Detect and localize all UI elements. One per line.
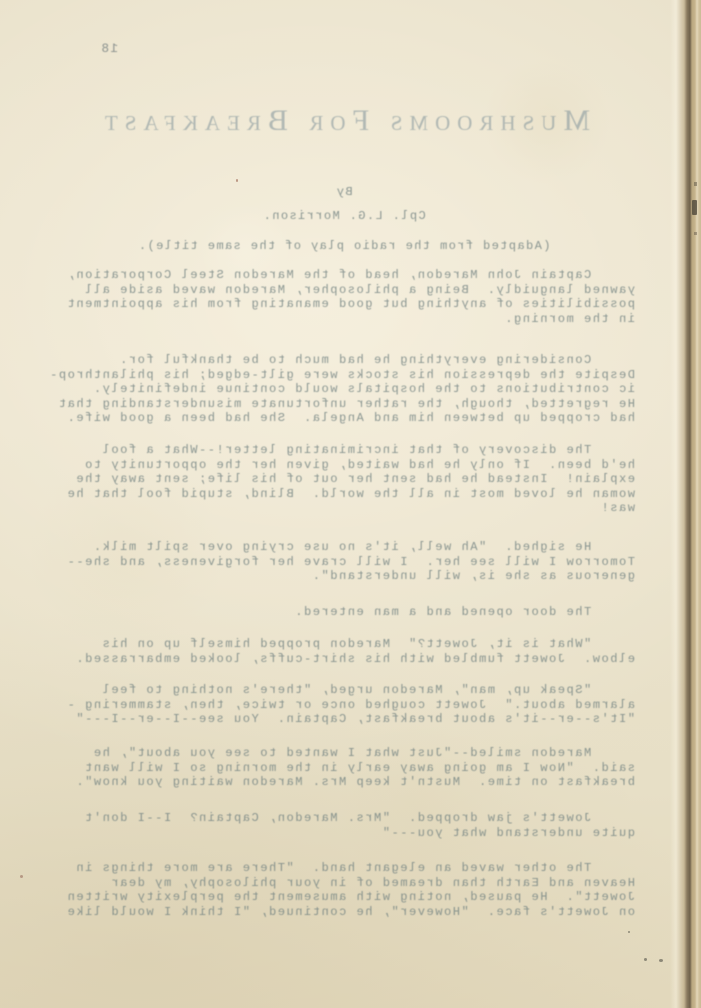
paragraph: The discovery of that incriminating lett…	[66, 443, 635, 516]
text-line: Jowett". He paused, noting with amusemen…	[66, 890, 635, 905]
paragraph: "What is it, Jowett?" Maredon propped hi…	[75, 637, 635, 666]
text-line: was!	[66, 501, 635, 516]
paragraph: The door opened and a man entered.	[294, 605, 635, 620]
text-line: Despite the depression his stocks were g…	[49, 368, 635, 383]
paragraph: He sighed. "Ah well, it's no use crying …	[66, 540, 635, 584]
text-line: "It's--er--it's about breakfast, Captain…	[66, 712, 635, 727]
text-line: had cropped up between him and Angela. S…	[49, 411, 635, 426]
ink-speck	[20, 875, 23, 878]
text-line: explain! Instead he had sent her out of …	[66, 472, 635, 487]
text-line: elbow. Jowett fumbled with his shirt-cuf…	[75, 652, 635, 667]
edge-ink-mark	[692, 200, 697, 215]
edge-speck	[694, 232, 697, 235]
text-line: woman he loved most in all the world. Bl…	[66, 487, 635, 502]
text-line: Maredon smiled--"Just what I wanted to s…	[75, 746, 635, 761]
text-line: Captain John Maredon, head of the Maredo…	[66, 268, 635, 283]
paragraph: The other waved an elegant hand. "There …	[66, 861, 635, 919]
body-text: Captain John Maredon, head of the Maredo…	[35, 0, 635, 1008]
text-line: He regretted, though, the rather unfortu…	[49, 397, 635, 412]
text-line: The door opened and a man entered.	[294, 605, 635, 620]
text-line: He sighed. "Ah well, it's no use crying …	[66, 540, 635, 555]
text-line: said. "Now I am going away early in the …	[75, 761, 635, 776]
text-line: alarmed about." Jowett coughed once or t…	[66, 698, 635, 713]
text-line: he'd been. If only he had waited, given …	[66, 458, 635, 473]
text-line: "Speak up, man", Maredon urged, "there's…	[66, 683, 635, 698]
paragraph: Captain John Maredon, head of the Maredo…	[66, 268, 635, 326]
text-line: ic contributions to the hospitals would …	[49, 382, 635, 397]
text-line: "What is it, Jowett?" Maredon propped hi…	[75, 637, 635, 652]
text-line: The discovery of that incriminating lett…	[66, 443, 635, 458]
text-line: The other waved an elegant hand. "There …	[66, 861, 635, 876]
text-line: possibilities of anything but good emana…	[66, 297, 635, 312]
edge-speck	[694, 182, 697, 186]
text-line: in the morning.	[66, 312, 635, 327]
text-line: breakfast on time. Mustn't keep Mrs. Mar…	[75, 775, 635, 790]
paragraph: "Speak up, man", Maredon urged, "there's…	[66, 683, 635, 727]
text-line: generous as she is, will understand".	[66, 569, 635, 584]
ink-speck	[236, 179, 238, 182]
scanned-page: 18 Mushrooms For Breakfast By Cpl. L.G. …	[0, 0, 701, 1008]
ink-speck	[628, 931, 630, 933]
text-line: Considering everything he had much to be…	[49, 353, 635, 368]
paragraph: Maredon smiled--"Just what I wanted to s…	[75, 746, 635, 790]
ink-speck	[644, 958, 647, 961]
paragraph: Considering everything he had much to be…	[49, 353, 635, 426]
text-line: Heaven and Earth than dreamed of in your…	[66, 876, 635, 891]
text-line: quite understand what you---"	[84, 826, 635, 841]
text-line: on Jowett's face. "However", he continue…	[66, 905, 635, 920]
text-line: Jowett's jaw dropped. "Mrs. Maredon, Cap…	[84, 811, 635, 826]
mirrored-bleedthrough-content: 18 Mushrooms For Breakfast By Cpl. L.G. …	[0, 0, 701, 1008]
ink-speck	[659, 959, 663, 962]
paragraph: Jowett's jaw dropped. "Mrs. Maredon, Cap…	[84, 811, 635, 840]
text-line: Tomorrow I will see her. I will crave he…	[66, 555, 635, 570]
text-line: yawned languidly. Being a philosopher, M…	[66, 283, 635, 298]
